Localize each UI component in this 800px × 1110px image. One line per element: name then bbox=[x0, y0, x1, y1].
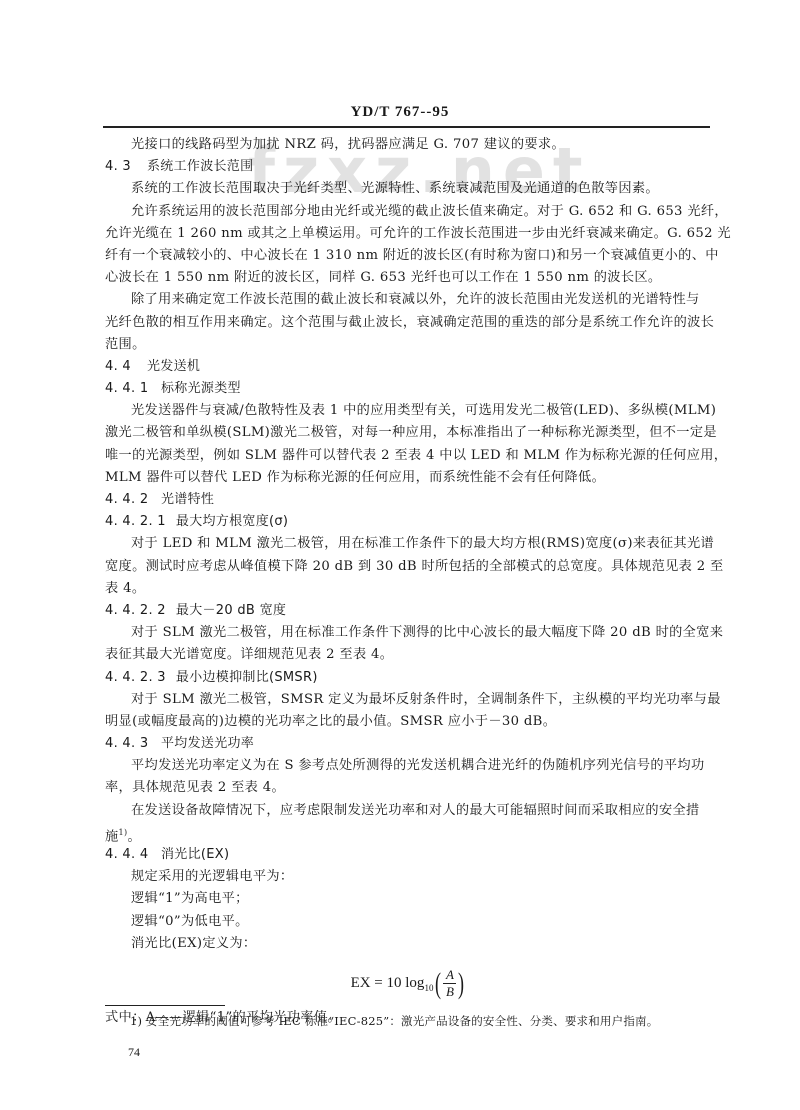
section-title: 系统工作波长范围 bbox=[147, 159, 253, 174]
where-line: 式中：A——逻辑“1”的平均光功率值。 bbox=[105, 1007, 712, 1029]
paragraph-line: 规定采用的光逻辑电平为： bbox=[105, 866, 712, 888]
paragraph-line: 对于 SLM 激光二极管，SMSR 定义为最坏反射条件时，全调制条件下，主纵模的… bbox=[105, 689, 712, 711]
section-heading-4-4-3: 4. 4. 3平均发送光功率 bbox=[105, 733, 712, 755]
section-number: 4. 3 bbox=[105, 156, 137, 178]
section-title: 平均发送光功率 bbox=[161, 736, 254, 751]
paragraph-line: 宽度。测试时应考虑从峰值模下降 20 dB 到 30 dB 时所包括的全部模式的… bbox=[105, 556, 712, 578]
paragraph-line: 允许系统运用的波长范围部分地由光纤或光缆的截止波长值来确定。对于 G. 652 … bbox=[105, 201, 712, 223]
section-title: 最小边模抑制比(SMSR) bbox=[176, 670, 318, 685]
section-number: 4. 4 bbox=[105, 356, 137, 378]
section-heading-4-4-4: 4. 4. 4消光比(EX) bbox=[105, 844, 712, 866]
paragraph-line: MLM 器件可以替代 LED 作为标称光源的任何应用，而系统性能不会有任何降低。 bbox=[105, 467, 712, 489]
section-heading-4-4-2-1: 4. 4. 2. 1最大均方根宽度(σ) bbox=[105, 511, 712, 533]
page-number: 74 bbox=[128, 1045, 140, 1060]
intro-line: 光接口的线路码型为加扰 NRZ 码，扰码器应满足 G. 707 建议的要求。 bbox=[105, 134, 712, 156]
section-number: 4. 4. 2. 1 bbox=[105, 511, 166, 533]
section-number: 4. 4. 4 bbox=[105, 844, 151, 866]
paragraph-line: 消光比(EX)定义为： bbox=[105, 933, 712, 955]
paragraph-line: 系统的工作波长范围取决于光纤类型、光源特性、系统衰减范围及光通道的色散等因素。 bbox=[105, 178, 712, 200]
end-punctuation: 。 bbox=[127, 829, 141, 844]
section-heading-4-4-2: 4. 4. 2光谱特性 bbox=[105, 489, 712, 511]
body-content: 光接口的线路码型为加扰 NRZ 码，扰码器应满足 G. 707 建议的要求。 4… bbox=[105, 134, 712, 1029]
left-paren: ( bbox=[435, 969, 441, 999]
section-title: 最大－20 dB 宽度 bbox=[176, 603, 286, 618]
document-page: YD/T 767--95 fzxz.net 光接口的线路码型为加扰 NRZ 码，… bbox=[0, 0, 800, 1110]
standard-code-header: YD/T 767--95 bbox=[0, 104, 800, 121]
paragraph-line: 明显(或幅度最高的)边模的光功率之比的最小值。SMSR 应小于－30 dB。 bbox=[105, 711, 712, 733]
paragraph-line: 率，具体规范见表 2 至表 4。 bbox=[105, 777, 712, 799]
extinction-ratio-formula: EX = 10 log 10 ( A B ) bbox=[105, 961, 712, 1007]
section-number: 4. 4. 2. 3 bbox=[105, 667, 166, 689]
section-number: 4. 4. 2 bbox=[105, 489, 151, 511]
section-number: 4. 4. 1 bbox=[105, 378, 151, 400]
right-paren: ) bbox=[458, 969, 464, 999]
paragraph-line: 允许光缆在 1 260 nm 或其之上单模运用。可允许的工作波长范围进一步由光纤… bbox=[105, 223, 712, 245]
paragraph-line: 对于 SLM 激光二极管，用在标准工作条件下测得的比中心波长的最大幅度下降 20… bbox=[105, 622, 712, 644]
section-title: 标称光源类型 bbox=[161, 381, 241, 396]
section-number: 4. 4. 2. 2 bbox=[105, 600, 166, 622]
section-title: 光谱特性 bbox=[161, 492, 214, 507]
section-number: 4. 4. 3 bbox=[105, 733, 151, 755]
section-heading-4-4: 4. 4光发送机 bbox=[105, 356, 712, 378]
paragraph-line: 纤有一个衰减较小的、中心波长在 1 310 nm 附近的波长区(有时称为窗口)和… bbox=[105, 245, 712, 267]
formula-fraction: A B bbox=[443, 967, 456, 1000]
paragraph-line: 表 4。 bbox=[105, 578, 712, 600]
paragraph-line: 激光二极管和单纵模(SLM)激光二极管，对每一种应用，本标准指出了一种标称光源类… bbox=[105, 422, 712, 444]
paragraph-line-with-footnote: 施1)。 bbox=[105, 822, 712, 844]
paragraph-line: 逻辑“1”为高电平； bbox=[105, 888, 712, 910]
paragraph-line: 除了用来确定宽工作波长范围的截止波长和衰减以外，允许的波长范围由光发送机的光谱特… bbox=[105, 289, 712, 311]
header-rule bbox=[103, 126, 710, 128]
paragraph-line: 在发送设备故障情况下，应考虑限制发送光功率和对人的最大可能辐照时间而采取相应的安… bbox=[105, 800, 712, 822]
section-heading-4-4-1: 4. 4. 1标称光源类型 bbox=[105, 378, 712, 400]
numerator: A bbox=[446, 967, 454, 983]
section-title: 最大均方根宽度(σ) bbox=[176, 514, 288, 529]
paragraph-text: 施 bbox=[105, 829, 119, 844]
section-title: 光发送机 bbox=[147, 359, 200, 374]
section-heading-4-4-2-3: 4. 4. 2. 3最小边模抑制比(SMSR) bbox=[105, 667, 712, 689]
paragraph-line: 光纤色散的相互作用来确定。这个范围与截止波长，衰减确定范围的重迭的部分是系统工作… bbox=[105, 312, 712, 334]
paragraph-line: 平均发送光功率定义为在 S 参考点处所测得的光发送机耦合进光纤的伪随机序列光信号… bbox=[105, 755, 712, 777]
paragraph-line: 唯一的光源类型，例如 SLM 器件可以替代表 2 至表 4 中以 LED 和 M… bbox=[105, 445, 712, 467]
section-heading-4-3: 4. 3系统工作波长范围 bbox=[105, 156, 712, 178]
paragraph-line: 对于 LED 和 MLM 激光二极管，用在标准工作条件下的最大均方根(RMS)宽… bbox=[105, 533, 712, 555]
denominator: B bbox=[446, 984, 454, 1000]
formula-log-base: 10 bbox=[424, 983, 433, 993]
section-title: 消光比(EX) bbox=[161, 847, 229, 862]
paragraph-line: 范围。 bbox=[105, 334, 712, 356]
paragraph-line: 表征其最大光谱宽度。详细规范见表 2 至表 4。 bbox=[105, 644, 712, 666]
paragraph-line: 逻辑“0”为低电平。 bbox=[105, 911, 712, 933]
paragraph-line: 心波长在 1 550 nm 附近的波长区，同样 G. 653 光纤也可以工作在 … bbox=[105, 267, 712, 289]
paragraph-line: 光发送器件与衰减/色散特性及表 1 中的应用类型有关，可选用发光二极管(LED)… bbox=[105, 400, 712, 422]
section-heading-4-4-2-2: 4. 4. 2. 2最大－20 dB 宽度 bbox=[105, 600, 712, 622]
formula-lhs: EX = 10 log bbox=[351, 975, 425, 992]
